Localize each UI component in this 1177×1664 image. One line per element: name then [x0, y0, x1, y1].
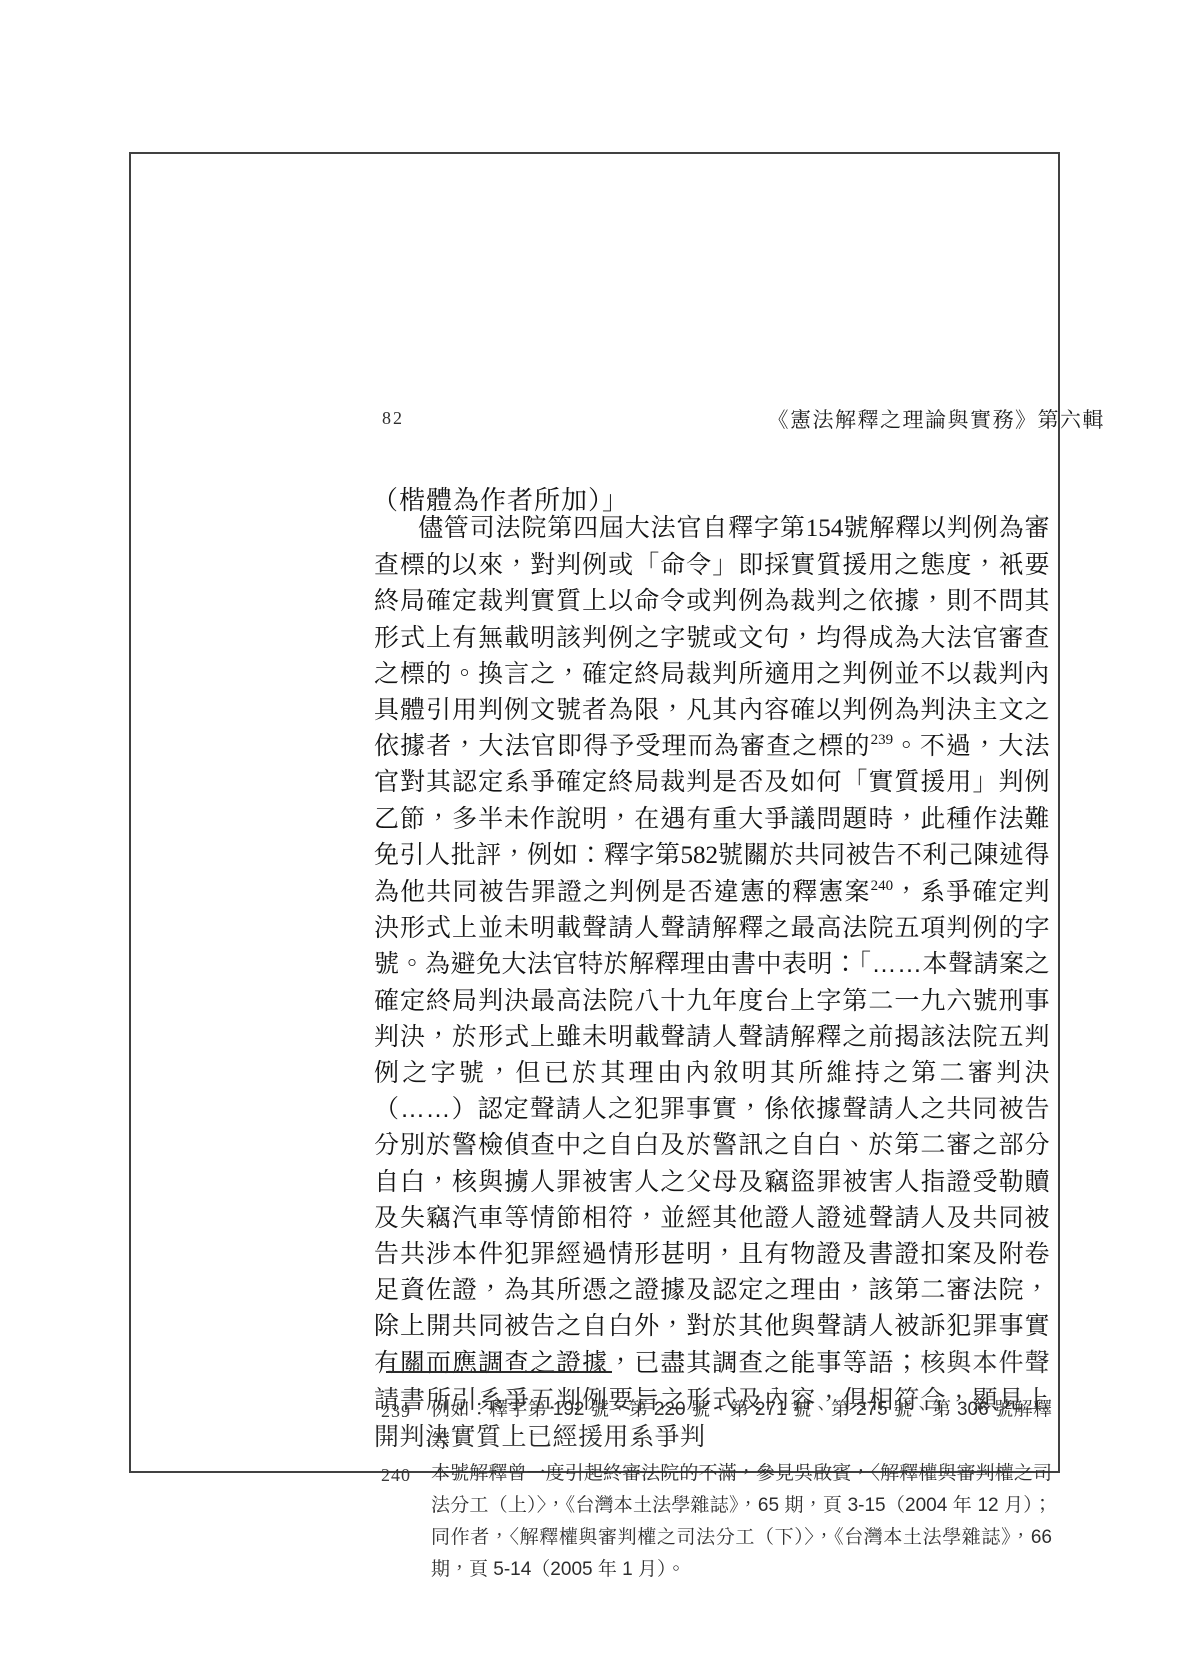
page-border-frame: 82 《憲法解釋之理論與實務》第六輯 （楷體為作者所加）」 儘管司法院第四屆大法…: [129, 152, 1060, 1473]
running-header-book-title: 《憲法解釋之理論與實務》第六輯: [691, 404, 1105, 434]
footnote-239: 239 例如：釋字第 192 號、第 220 號、第 271 號、第 275 號…: [374, 1394, 1052, 1458]
scanned-book-page: 82 《憲法解釋之理論與實務》第六輯 （楷體為作者所加）」 儘管司法院第四屆大法…: [0, 0, 1177, 1664]
latin-numeral-segment: 582: [680, 842, 718, 869]
main-paragraph: 儘管司法院第四屆大法官自釋字第154號解釋以判例為審查標的以來，對判例或「命令」…: [374, 510, 1050, 1456]
footnote-reference-superscript: 239: [871, 732, 894, 748]
text-segment: 儘管司法院第四屆大法官自釋字第: [418, 514, 806, 542]
footnote-number: 239: [381, 1395, 411, 1427]
text-segment: 號解釋以判例為審查標的以來，對判例或「命令」即採實質援用之態度，衹要終局確定裁判…: [374, 514, 1050, 760]
footnote-reference-superscript: 240: [871, 878, 894, 894]
footnote-text: 例如：釋字第 192 號、第 220 號、第 271 號、第 275 號、第 3…: [431, 1399, 1052, 1452]
footnote-240: 240 本號解釋曾一度引起終審法院的不滿，參見吳啟賓，〈解釋權與審判權之司法分工…: [374, 1458, 1052, 1586]
page-number: 82: [382, 408, 404, 429]
footnote-separator-rule: [386, 1371, 612, 1373]
text-segment: ，系爭確定判決形式上並未明載聲請人聲請解釋之最高法院五項判例的字號。為避免大法官…: [374, 878, 1050, 1377]
footnotes-block: 239 例如：釋字第 192 號、第 220 號、第 271 號、第 275 號…: [374, 1394, 1052, 1586]
footnote-number: 240: [381, 1459, 411, 1491]
footnote-text: 本號解釋曾一度引起終審法院的不滿，參見吳啟賓，〈解釋權與審判權之司法分工（上）〉…: [431, 1463, 1052, 1580]
latin-numeral-segment: 154: [806, 515, 844, 542]
